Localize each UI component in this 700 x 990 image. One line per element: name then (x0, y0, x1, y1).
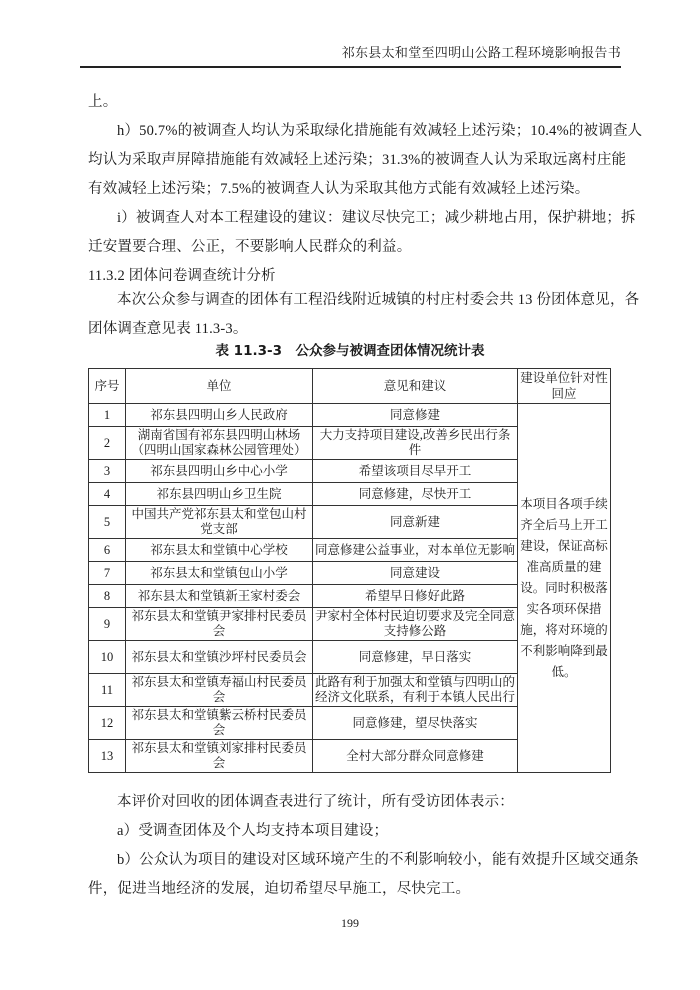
cell-unit: 祁东县太和堂镇紫云桥村民委员会 (126, 707, 313, 740)
paragraph-continuation: 上。 (88, 88, 608, 117)
table-caption: 表 11.3-3 公众参与被调查团体情况统计表 (0, 339, 700, 359)
cell-opinion: 同意修建公益事业，对本单位无影响 (313, 539, 518, 562)
cell-unit: 祁东县四明山乡中心小学 (126, 460, 313, 483)
header-response: 建设单位针对性回应 (518, 369, 611, 404)
paragraph-h: h）50.7%的被调查人均认为采取绿化措施能有效减轻上述污染；10.4%的被调查… (88, 117, 608, 204)
cell-no: 3 (89, 460, 126, 483)
text-line: 本次公众参与调查的团体有工程沿线附近城镇的村庄村委会共 13 份团体意见，各 (88, 286, 608, 315)
cell-opinion: 大力支持项目建设,改善乡民出行条件 (313, 427, 518, 460)
summary-item-a: a）受调查团体及个人均支持本项目建设； (88, 817, 608, 846)
paragraph-i: i）被调查人对本工程建设的建议：建议尽快完工；减少耕地占用，保护耕地；拆 迁安置… (88, 204, 608, 262)
cell-unit: 祁东县太和堂镇尹家排村民委员会 (126, 608, 313, 641)
cell-no: 11 (89, 674, 126, 707)
cell-opinion: 同意建设 (313, 562, 518, 585)
header-opinion: 意见和建议 (313, 369, 518, 404)
cell-no: 10 (89, 641, 126, 674)
cell-unit: 祁东县太和堂镇中心学校 (126, 539, 313, 562)
cell-no: 2 (89, 427, 126, 460)
cell-no: 7 (89, 562, 126, 585)
cell-unit: 祁东县太和堂镇寿福山村民委员会 (126, 674, 313, 707)
cell-opinion: 同意修建 (313, 404, 518, 427)
cell-opinion: 全村大部分群众同意修建 (313, 740, 518, 773)
cell-no: 1 (89, 404, 126, 427)
text-line: 有效减轻上述污染；7.5%的被调查人认为采取其他方式能有效减轻上述污染。 (88, 175, 608, 204)
text-line: i）被调查人对本工程建设的建议：建议尽快完工；减少耕地占用，保护耕地；拆 (88, 204, 608, 233)
header-no: 序号 (89, 369, 126, 404)
cell-opinion: 尹家村全体村民迫切要求及完全同意支持修公路 (313, 608, 518, 641)
cell-opinion: 此路有利于加强太和堂镇与四明山的经济文化联系，有利于本镇人民出行 (313, 674, 518, 707)
cell-opinion: 同意修建，早日落实 (313, 641, 518, 674)
text-line: 均认为采取声屏障措施能有效减轻上述污染；31.3%的被调查人认为采取远离村庄能 (88, 146, 608, 175)
cell-opinion: 希望该项目尽早开工 (313, 460, 518, 483)
table-header-row: 序号 单位 意见和建议 建设单位针对性回应 (89, 369, 611, 404)
cell-unit: 祁东县四明山乡人民政府 (126, 404, 313, 427)
cell-no: 13 (89, 740, 126, 773)
text-line: 件，促进当地经济的发展，迫切希望尽早施工，尽快完工。 (88, 875, 608, 904)
running-header: 祁东县太和堂至四明山公路工程环境影响报告书 (80, 44, 621, 68)
cell-no: 8 (89, 585, 126, 608)
cell-no: 6 (89, 539, 126, 562)
cell-opinion: 同意新建 (313, 506, 518, 539)
cell-unit: 祁东县太和堂镇新王家村委会 (126, 585, 313, 608)
text-line: h）50.7%的被调查人均认为采取绿化措施能有效减轻上述污染；10.4%的被调查… (88, 117, 608, 146)
text-line: a）受调查团体及个人均支持本项目建设； (88, 817, 608, 846)
survey-table: 序号 单位 意见和建议 建设单位针对性回应 1 祁东县四明山乡人民政府 同意修建… (88, 368, 611, 773)
cell-opinion: 同意修建，望尽快落实 (313, 707, 518, 740)
cell-no: 9 (89, 608, 126, 641)
report-title: 祁东县太和堂至四明山公路工程环境影响报告书 (342, 45, 621, 60)
summary-item-b: b）公众认为项目的建设对区域环境产生的不利影响较小，能有效提升区域交通条 件，促… (88, 846, 608, 904)
cell-unit: 祁东县太和堂镇沙坪村民委员会 (126, 641, 313, 674)
cell-unit: 祁东县太和堂镇包山小学 (126, 562, 313, 585)
intro-paragraph: 本次公众参与调查的团体有工程沿线附近城镇的村庄村委会共 13 份团体意见，各 团… (88, 286, 608, 344)
cell-unit: 湖南省国有祁东县四明山林场（四明山国家森林公园管理处） (126, 427, 313, 460)
cell-unit: 祁东县太和堂镇刘家排村民委员会 (126, 740, 313, 773)
cell-response: 本项目各项手续齐全后马上开工建设，保证高标准高质量的建设。同时积极落实各项环保措… (518, 404, 611, 773)
text-line: 上。 (88, 88, 608, 117)
table-row: 1 祁东县四明山乡人民政府 同意修建 本项目各项手续齐全后马上开工建设，保证高标… (89, 404, 611, 427)
text-line: b）公众认为项目的建设对区域环境产生的不利影响较小，能有效提升区域交通条 (88, 846, 608, 875)
text-line: 本评价对回收的团体调查表进行了统计，所有受访团体表示： (88, 788, 608, 817)
header-unit: 单位 (126, 369, 313, 404)
cell-opinion: 同意修建，尽快开工 (313, 483, 518, 506)
cell-no: 4 (89, 483, 126, 506)
cell-opinion: 希望早日修好此路 (313, 585, 518, 608)
cell-unit: 中国共产党祁东县太和堂包山村党支部 (126, 506, 313, 539)
cell-no: 5 (89, 506, 126, 539)
page-number: 199 (0, 916, 700, 931)
cell-unit: 祁东县四明山乡卫生院 (126, 483, 313, 506)
summary-paragraph: 本评价对回收的团体调查表进行了统计，所有受访团体表示： (88, 788, 608, 817)
cell-no: 12 (89, 707, 126, 740)
text-line: 迁安置要合理、公正，不要影响人民群众的利益。 (88, 233, 608, 262)
